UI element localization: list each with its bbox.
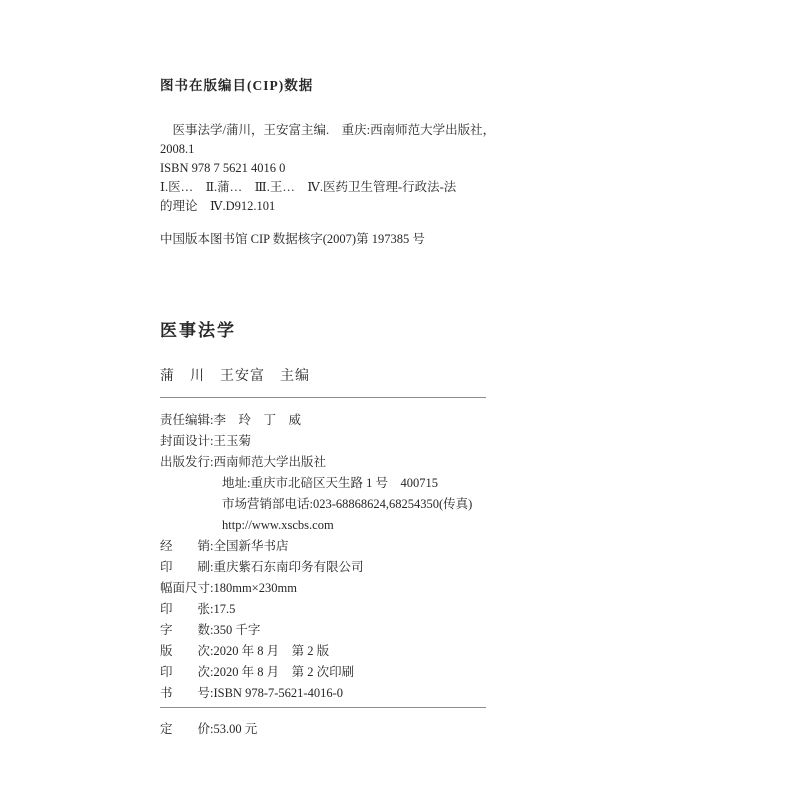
colophon-row-address: 地址:重庆市北碚区天生路 1 号 400715 bbox=[160, 473, 486, 494]
book-copyright-page: 图书在版编目(CIP)数据 医事法学/蒲川，王安富主编. 重庆:西南师范大学出版… bbox=[0, 0, 800, 800]
cip-heading: 图书在版编目(CIP)数据 bbox=[160, 76, 486, 95]
colophon-row-word-count: 字 数:350 千字 bbox=[160, 620, 486, 641]
colophon-row-printing: 印 次:2020 年 8 月 第 2 次印刷 bbox=[160, 662, 486, 683]
colophon-row-sheets: 印 张:17.5 bbox=[160, 599, 486, 620]
colophon-row-printer: 印 刷:重庆紫石东南印务有限公司 bbox=[160, 557, 486, 578]
colophon-block: 责任编辑:李 玲 丁 威 封面设计:王玉菊 出版发行:西南师范大学出版社 地址:… bbox=[160, 410, 486, 704]
colophon-row-dimensions: 幅面尺寸:180mm×230mm bbox=[160, 578, 486, 599]
cip-record-number: 中国版本图书馆 CIP 数据核字(2007)第 197385 号 bbox=[160, 230, 486, 249]
book-byline: 蒲 川 王安富 主编 bbox=[160, 367, 486, 387]
cip-block: 医事法学/蒲川，王安富主编. 重庆:西南师范大学出版社， 2008.1 ISBN… bbox=[160, 121, 486, 216]
price-row: 定 价:53.00 元 bbox=[160, 719, 486, 740]
page-content: 图书在版编目(CIP)数据 医事法学/蒲川，王安富主编. 重庆:西南师范大学出版… bbox=[160, 0, 486, 740]
divider-top bbox=[160, 397, 486, 398]
divider-bottom bbox=[160, 707, 486, 708]
colophon-row-publisher: 出版发行:西南师范大学出版社 bbox=[160, 452, 486, 473]
colophon-row-edition: 版 次:2020 年 8 月 第 2 版 bbox=[160, 641, 486, 662]
cip-line-year: 2008.1 bbox=[160, 140, 486, 159]
cip-line-classification: Ⅰ.医… Ⅱ.蒲… Ⅲ.王… Ⅳ.医药卫生管理-行政法-法 bbox=[160, 178, 486, 197]
cip-line-title: 医事法学/蒲川，王安富主编. 重庆:西南师范大学出版社， bbox=[160, 121, 486, 140]
colophon-row-isbn: 书 号:ISBN 978-7-5621-4016-0 bbox=[160, 683, 486, 704]
colophon-row-distribution: 经 销:全国新华书店 bbox=[160, 536, 486, 557]
colophon-row-website: http://www.xscbs.com bbox=[160, 515, 486, 536]
book-title: 医事法学 bbox=[160, 319, 486, 343]
colophon-row-cover-design: 封面设计:王玉菊 bbox=[160, 431, 486, 452]
colophon-row-editor: 责任编辑:李 玲 丁 威 bbox=[160, 410, 486, 431]
colophon-row-phone: 市场营销部电话:023-68868624,68254350(传真) bbox=[160, 494, 486, 515]
cip-line-classification-cont: 的理论 Ⅳ.D912.101 bbox=[160, 197, 486, 216]
cip-line-isbn: ISBN 978 7 5621 4016 0 bbox=[160, 159, 486, 178]
